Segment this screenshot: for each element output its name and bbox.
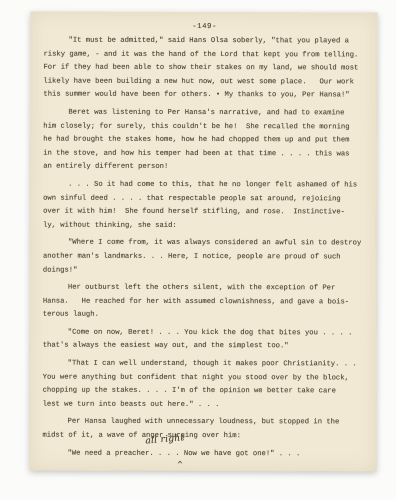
annotated-line-before: "We need a preacher. (67, 449, 153, 457)
paragraph: Her outburst left the others silent, wit… (43, 282, 365, 324)
typed-line: likely have been building a new hut now,… (43, 75, 365, 89)
paragraph: . . . So it had come to this, that he no… (43, 179, 365, 234)
typed-line: Beret was listening to Per Hansa's narra… (43, 107, 365, 121)
typed-text: "It must be admitted," said Hans Olsa so… (42, 35, 365, 444)
typed-line: For if they had been able to show their … (43, 62, 365, 76)
typed-line: terous laugh. (43, 309, 365, 323)
paragraph: Beret was listening to Per Hansa's narra… (43, 107, 365, 176)
annotated-line-after: . . . Now we have got one!" . . . (154, 449, 301, 457)
final-paragraph: "We need a preacher.all right^ . . . Now… (42, 447, 364, 461)
paragraph: "Come on now, Beret! . . . You kick the … (43, 326, 365, 354)
typed-line: an entirely different person! (43, 161, 365, 175)
typed-line: . . . So it had come to this, that he no… (43, 179, 365, 193)
typed-line: doings!" (43, 264, 365, 278)
typed-line: ly, without thinking, she said: (43, 219, 365, 233)
typed-line: chopping up the stakes. . . . I'm of the… (43, 385, 365, 399)
typed-line: "It must be admitted," said Hans Olsa so… (44, 35, 366, 49)
typed-line: own sinful deed . . . . that respectable… (43, 192, 365, 206)
typed-line: over it with him! She found herself stif… (43, 206, 365, 220)
typed-line: Her outburst left the others silent, wit… (43, 282, 365, 296)
manuscript-page: -149- "It must be admitted," said Hans O… (29, 12, 377, 472)
typed-line: You were anything but confident that nig… (43, 371, 365, 385)
insertion-caret-mark: ^ (153, 458, 183, 472)
typed-line: Per Hansa laughed with unnecessary loudn… (43, 416, 365, 430)
typed-line: Hansa. He reached for her with assumed c… (43, 295, 365, 309)
typed-line: him closely; for surely, this couldn't b… (43, 120, 365, 134)
typed-line: this summer would have been for others. … (43, 89, 365, 103)
typed-line: that's always the easiest way out, and t… (43, 340, 365, 354)
typed-line: another man's landmarks. . . Here, I not… (43, 250, 365, 264)
paragraph: "That I can well understand, though it m… (43, 358, 365, 413)
paragraph: "Where I come from, it was always consid… (43, 237, 365, 279)
page-number: -149- (44, 21, 366, 35)
annotated-line: "We need a preacher.all right^ . . . Now… (42, 447, 364, 461)
typed-line: he had brought the stakes home, how he h… (43, 134, 365, 148)
paragraph: "It must be admitted," said Hans Olsa so… (43, 35, 365, 104)
typed-line: lest we turn into beasts out here." . . … (43, 398, 365, 412)
typed-line: midst of it, a wave of anger surging ove… (42, 430, 364, 444)
typed-line: "Where I come from, it was always consid… (43, 237, 365, 251)
paragraph: Per Hansa laughed with unnecessary loudn… (42, 416, 364, 444)
typed-line: risky game, - and it was the hand of the… (43, 48, 365, 62)
typed-line: "That I can well understand, though it m… (43, 358, 365, 372)
typed-line: "Come on now, Beret! . . . You kick the … (43, 326, 365, 340)
typed-line: in the stove, and how his temper had bee… (43, 147, 365, 161)
